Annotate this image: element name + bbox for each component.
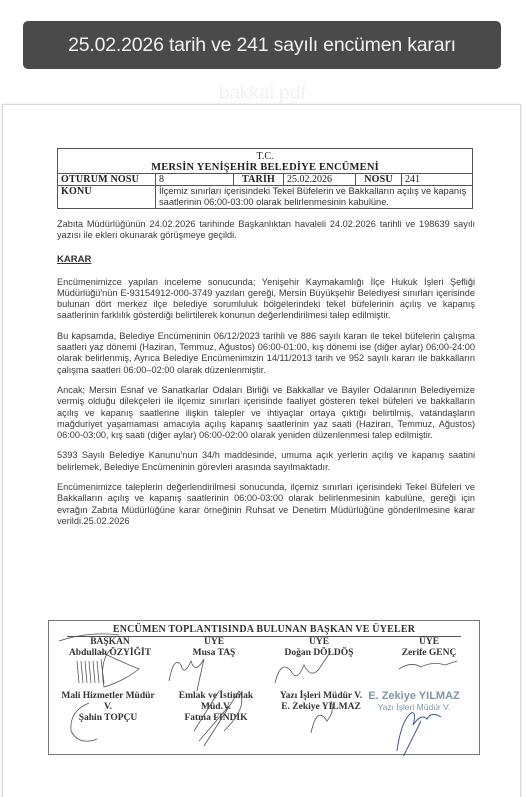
signatory-clerk-director: Yazı İşleri Müdür V. E. Zekiye YILMAZ bbox=[271, 691, 371, 713]
decision-paragraph-2: Bu kapsamda, Belediye Encümeninin 06/12/… bbox=[57, 331, 475, 376]
signatory-name: Şahin TOPÇU bbox=[49, 713, 167, 724]
signatory-role: ÜYE bbox=[379, 637, 479, 648]
signatory-name: Fatma FINDIK bbox=[171, 713, 261, 724]
signatory-role: ÜYE bbox=[169, 637, 259, 648]
signatory-member-1: ÜYE Musa TAŞ bbox=[169, 637, 259, 659]
signature-block-title: ENCÜMEN TOPLANTISINDA BULUNAN BAŞKAN VE … bbox=[67, 624, 461, 637]
signatory-real-estate-director: Emlak ve İstimlak Müd.V. Fatma FINDIK bbox=[171, 691, 261, 724]
tc-label: T.C. bbox=[61, 151, 469, 162]
signatory-role: Mali Hizmetler Müdür bbox=[49, 691, 167, 702]
header-title-cell: T.C. MERSİN YENİŞEHİR BELEDİYE ENCÜMENİ bbox=[58, 149, 473, 174]
nosu-value: 241 bbox=[402, 174, 473, 186]
signatory-name: Zerife GENÇ bbox=[379, 648, 479, 659]
official-stamp: E. Zekiye YILMAZ Yazı İşleri Müdür V. bbox=[364, 690, 464, 712]
konu-label: KONU bbox=[58, 186, 156, 209]
signatory-finance-director: Mali Hizmetler Müdür V. Şahin TOPÇU bbox=[49, 691, 167, 724]
file-title-bar: 25.02.2026 tarih ve 241 sayılı encümen k… bbox=[23, 21, 501, 69]
konu-value: İlçemiz sınırları içerisindeki Tekel Büf… bbox=[156, 186, 473, 209]
signature-block: ENCÜMEN TOPLANTISINDA BULUNAN BAŞKAN VE … bbox=[48, 620, 480, 755]
decision-paragraph-1: Encümenimizce yapılan inceleme sonucunda… bbox=[57, 277, 475, 322]
document-body: T.C. MERSİN YENİŞEHİR BELEDİYE ENCÜMENİ … bbox=[57, 148, 489, 527]
decision-paragraph-4: 5393 Sayılı Belediye Kanunu'nun 34/h mad… bbox=[57, 450, 475, 473]
signatory-name: Musa TAŞ bbox=[169, 648, 259, 659]
signatory-role: ÜYE bbox=[269, 637, 369, 648]
signatory-role-suffix: V. bbox=[49, 702, 167, 713]
decision-paragraph-5: Encümenimizce taleplerin değerlendirilme… bbox=[57, 482, 475, 527]
oturum-value: 8 bbox=[156, 174, 234, 186]
signatory-role: BAŞKAN bbox=[55, 637, 165, 648]
signatory-role: Yazı İşleri Müdür V. bbox=[271, 691, 371, 702]
signatory-role-suffix: Müd.V. bbox=[171, 702, 261, 713]
signatory-name: E. Zekiye YILMAZ bbox=[271, 702, 371, 713]
signatory-role: Emlak ve İstimlak bbox=[171, 691, 261, 702]
signatory-member-2: ÜYE Doğan DÖLDÖŞ bbox=[269, 637, 369, 659]
decision-paragraph-3: Ancak; Mersin Esnaf ve Sanatkarlar Odala… bbox=[57, 385, 475, 441]
stamp-name: E. Zekiye YILMAZ bbox=[364, 690, 464, 702]
signatory-member-3: ÜYE Zerife GENÇ bbox=[379, 637, 479, 659]
signatory-name: Abdullah ÖZYİĞİT bbox=[55, 648, 165, 659]
nosu-label: NOSU bbox=[356, 174, 402, 186]
tarih-label: TARİH bbox=[234, 174, 284, 186]
karar-heading: KARAR bbox=[57, 254, 489, 265]
signatory-name: Doğan DÖLDÖŞ bbox=[269, 648, 369, 659]
oturum-label: OTURUM NOSU bbox=[58, 174, 156, 186]
stamp-role: Yazı İşleri Müdür V. bbox=[364, 702, 464, 712]
intro-paragraph: Zabıta Müdürlüğünün 24.02.2026 tarihinde… bbox=[57, 219, 475, 242]
decision-header-table: T.C. MERSİN YENİŞEHİR BELEDİYE ENCÜMENİ … bbox=[57, 148, 473, 209]
organization-name: MERSİN YENİŞEHİR BELEDİYE ENCÜMENİ bbox=[61, 162, 469, 173]
tarih-value: 25.02.2026 bbox=[284, 174, 356, 186]
signatory-president: BAŞKAN Abdullah ÖZYİĞİT bbox=[55, 637, 165, 659]
